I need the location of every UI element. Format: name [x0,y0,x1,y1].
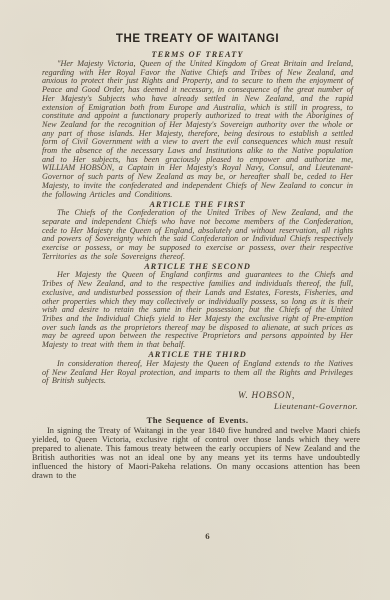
sequence-of-events-paragraph: In signing the Treaty of Waitangi in the… [32,426,360,480]
signature-title: Lieutenant-Governor. [42,401,358,411]
treaty-preamble-paragraph: "Her Majesty Victoria, Queen of the Unit… [42,60,353,199]
article-second-paragraph: Her Majesty the Queen of England confirm… [42,271,353,349]
text-column: THE TREATY OF WAITANGI TERMS OF TREATY "… [42,33,353,480]
page-number: 6 [150,531,265,541]
page-title: THE TREATY OF WAITANGI [42,33,353,45]
sequence-of-events-heading: The Sequence of Events. [42,415,353,425]
signature-name: W. HOBSON, [42,390,295,400]
article-first-paragraph: The Chiefs of the Confederation of the U… [42,209,353,261]
article-third-heading: ARTICLE THE THIRD [42,350,353,359]
article-third-paragraph: In consideration thereof, Her Majesty th… [42,360,353,386]
signature-block: W. HOBSON, Lieutenant-Governor. [42,390,353,411]
scanned-book-page: THE TREATY OF WAITANGI TERMS OF TREATY "… [0,0,390,600]
terms-of-treaty-heading: TERMS OF TREATY [42,50,353,59]
